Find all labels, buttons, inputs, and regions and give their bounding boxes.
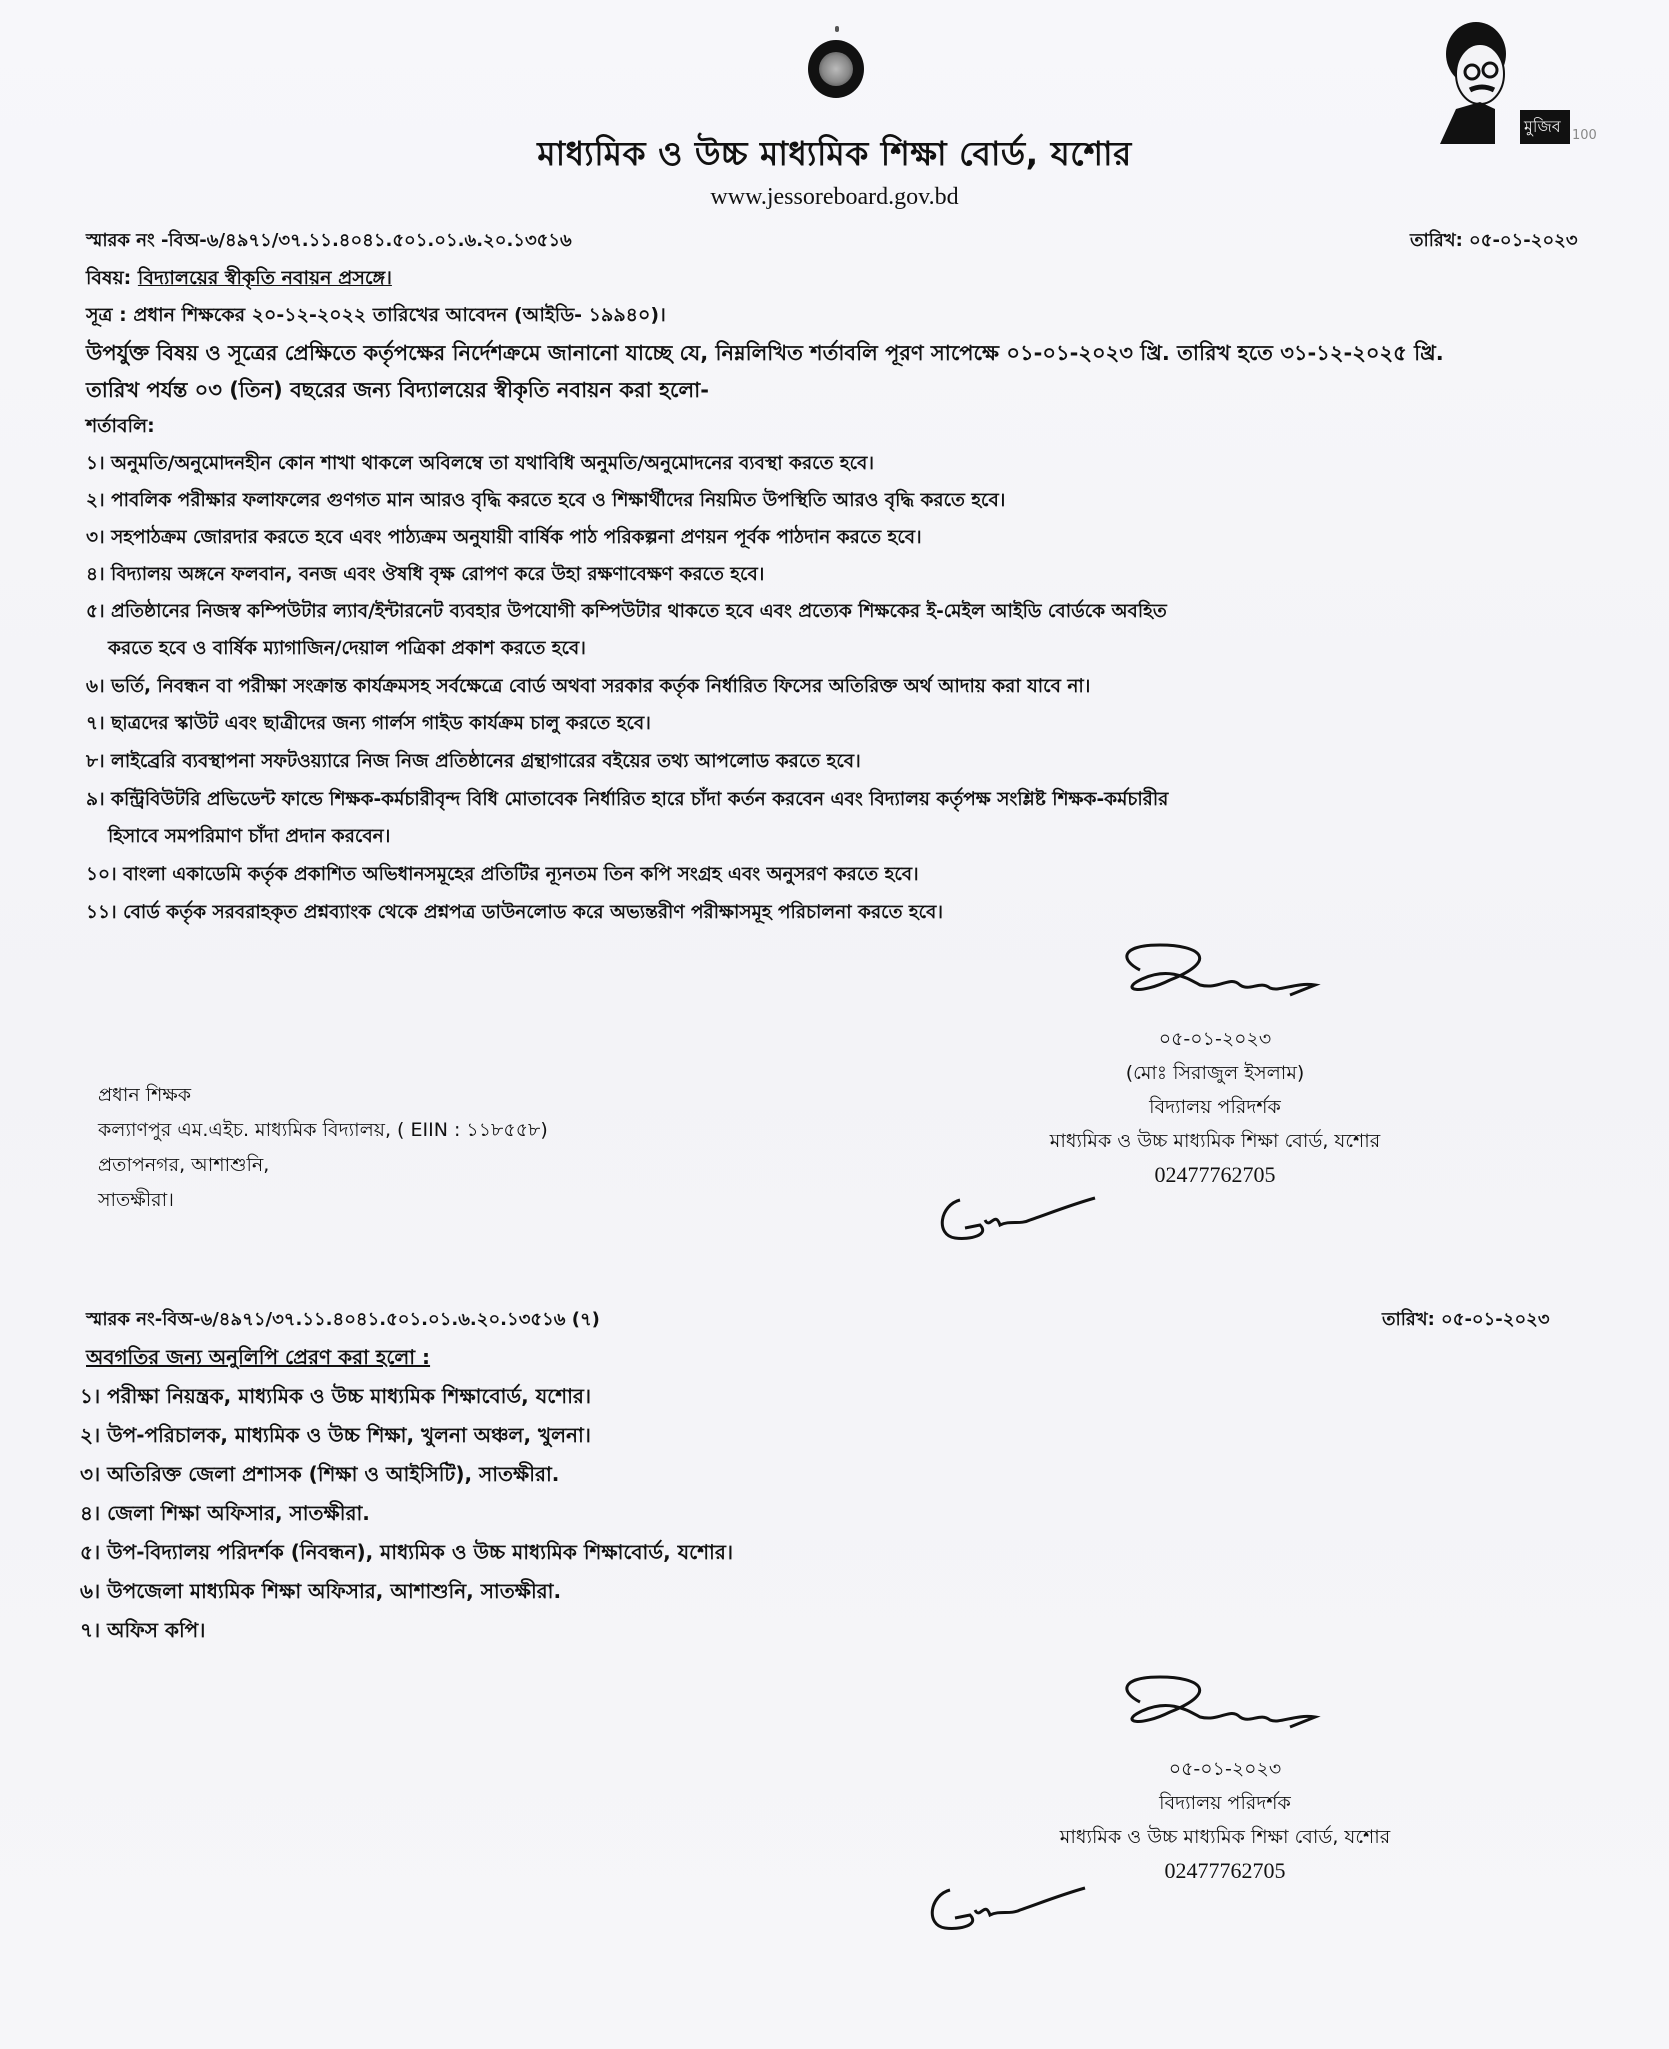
condition-item: ১। অনুমতি/অনুমোদনহীন কোন শাখা থাকলে অবিল… — [86, 449, 874, 480]
condition-item: ১১। বোর্ড কর্তৃক সরবরাহকৃত প্রশ্নব্যাংক … — [86, 898, 943, 929]
signatory-name: (মোঃ সিরাজুল ইসলাম) — [1000, 1056, 1430, 1090]
copy-recipient-item: ৬। উপজেলা মাধ্যমিক শিক্ষা অফিসার, আশাশুন… — [80, 1577, 561, 1610]
condition-item: ৫। প্রতিষ্ঠানের নিজস্ব কম্পিউটার ল্যাব/ই… — [86, 597, 1167, 628]
copy-signatory-office: মাধ্যমিক ও উচ্চ মাধ্যমিক শিক্ষা বোর্ড, য… — [1000, 1820, 1450, 1854]
copy-recipient-item: ১। পরীক্ষা নিয়ন্ত্রক, মাধ্যমিক ও উচ্চ ম… — [80, 1382, 591, 1415]
initials-signature-icon — [920, 1880, 1090, 1940]
copy-signatory-designation: বিদ্যালয় পরিদর্শক — [1000, 1786, 1450, 1820]
copy-recipient-item: ৩। অতিরিক্ত জেলা প্রশাসক (শিক্ষা ও আইসিট… — [80, 1460, 559, 1493]
subject-text: বিদ্যালয়ের স্বীকৃতি নবায়ন প্রসঙ্গে। — [138, 267, 392, 289]
copy-signatory-date: ০৫-০১-২০২৩ — [1000, 1752, 1450, 1786]
subject-label: বিষয়: — [86, 267, 138, 289]
condition-item-continuation: করতে হবে ও বার্ষিক ম্যাগাজিন/দেয়াল পত্র… — [108, 634, 586, 665]
condition-item: ৮। লাইব্রেরি ব্যবস্থাপনা সফটওয়্যারে নিজ… — [86, 747, 861, 778]
condition-item: ৭। ছাত্রদের স্কাউট এবং ছাত্রীদের জন্য গা… — [86, 709, 651, 740]
initials-signature-icon — [930, 1190, 1100, 1250]
signature-icon — [1100, 940, 1330, 1010]
government-seal-icon — [808, 40, 864, 98]
board-website-link[interactable]: www.jessoreboard.gov.bd — [0, 184, 1669, 211]
condition-item-continuation: হিসাবে সমপরিমাণ চাঁদা প্রদান করবেন। — [108, 822, 390, 853]
signatory-office: মাধ্যমিক ও উচ্চ মাধ্যমিক শিক্ষা বোর্ড, য… — [1000, 1124, 1430, 1158]
seal-dot — [835, 26, 839, 32]
recipient-district: সাতক্ষীরা। — [98, 1183, 548, 1218]
copy-heading: অবগতির জন্য অনুলিপি প্রেরণ করা হলো : — [86, 1343, 430, 1376]
subject-line: বিষয়: বিদ্যালয়ের স্বীকৃতি নবায়ন প্রসঙ… — [86, 264, 392, 296]
copy-recipient-item: ৪। জেলা শিক্ষা অফিসার, সাতক্ষীরা. — [80, 1499, 370, 1532]
copy-recipient-item: ২। উপ-পরিচালক, মাধ্যমিক ও উচ্চ শিক্ষা, খ… — [80, 1421, 591, 1454]
condition-item: ১০। বাংলা একাডেমি কর্তৃক প্রকাশিত অভিধান… — [86, 860, 919, 891]
signatory-block: ০৫-০১-২০২৩ (মোঃ সিরাজুল ইসলাম) বিদ্যালয়… — [1000, 1022, 1430, 1192]
signatory-phone: 02477762705 — [1000, 1158, 1430, 1192]
copy-recipient-item: ৫। উপ-বিদ্যালয় পরিদর্শক (নিবন্ধন), মাধ্… — [80, 1538, 733, 1571]
copy-memo-number: স্মারক নং-বিঅ-৬/৪৯৭১/৩৭.১১.৪০৪১.৫০১.০১.৬… — [86, 1305, 600, 1336]
conditions-heading: শর্তাবলি: — [86, 412, 155, 444]
document-page: মুজিব 100 মাধ্যমিক ও উচ্চ মাধ্যমিক শিক্ষ… — [0, 0, 1669, 2049]
recipient-title: প্রধান শিক্ষক — [98, 1078, 548, 1113]
body-line-1: উপর্যুক্ত বিষয় ও সূত্রের প্রেক্ষিতে কর্… — [86, 337, 1444, 372]
board-title: মাধ্যমিক ও উচ্চ মাধ্যমিক শিক্ষা বোর্ড, য… — [0, 128, 1669, 184]
reference-line: সূত্র : প্রধান শিক্ষকের ২০-১২-২০২২ তারিখ… — [86, 301, 666, 333]
recipient-address: প্রতাপনগর, আশাশুনি, — [98, 1148, 548, 1183]
condition-item: ৬। ভর্তি, নিবন্ধন বা পরীক্ষা সংক্রান্ত ক… — [86, 672, 1090, 703]
condition-item: ৪। বিদ্যালয় অঙ্গনে ফলবান, বনজ এবং ঔষধি … — [86, 560, 764, 591]
condition-item: ৩। সহপাঠক্রম জোরদার করতে হবে এবং পাঠ্যক্… — [86, 523, 922, 554]
signatory-designation: বিদ্যালয় পরিদর্শক — [1000, 1090, 1430, 1124]
copy-date: তারিখ: ০৫-০১-২০২৩ — [1382, 1305, 1550, 1336]
recipient-school: কল্যাণপুর এম.এইচ. মাধ্যমিক বিদ্যালয়, ( … — [98, 1113, 548, 1148]
condition-item: ৯। কন্ট্রিবিউটরি প্রভিডেন্ট ফান্ডে শিক্ষ… — [86, 785, 1168, 816]
memo-number: স্মারক নং -বিঅ-৬/৪৯৭১/৩৭.১১.৪০৪১.৫০১.০১.… — [86, 226, 572, 257]
letter-date: তারিখ: ০৫-০১-২০২৩ — [1410, 226, 1578, 257]
signatory-date: ০৫-০১-২০২৩ — [1000, 1022, 1430, 1056]
body-line-2: তারিখ পর্যন্ত ০৩ (তিন) বছরের জন্য বিদ্যা… — [86, 374, 709, 409]
mujib-100-logo-icon: মুজিব 100 — [1420, 14, 1610, 144]
recipient-block: প্রধান শিক্ষক কল্যাণপুর এম.এইচ. মাধ্যমিক… — [98, 1078, 548, 1218]
copy-signatory-block: ০৫-০১-২০২৩ বিদ্যালয় পরিদর্শক মাধ্যমিক ও… — [1000, 1752, 1450, 1888]
signature-icon — [1100, 1672, 1330, 1742]
copy-recipient-item: ৭। অফিস কপি। — [80, 1616, 205, 1649]
condition-item: ২। পাবলিক পরীক্ষার ফলাফলের গুণগত মান আরও… — [86, 486, 1005, 517]
